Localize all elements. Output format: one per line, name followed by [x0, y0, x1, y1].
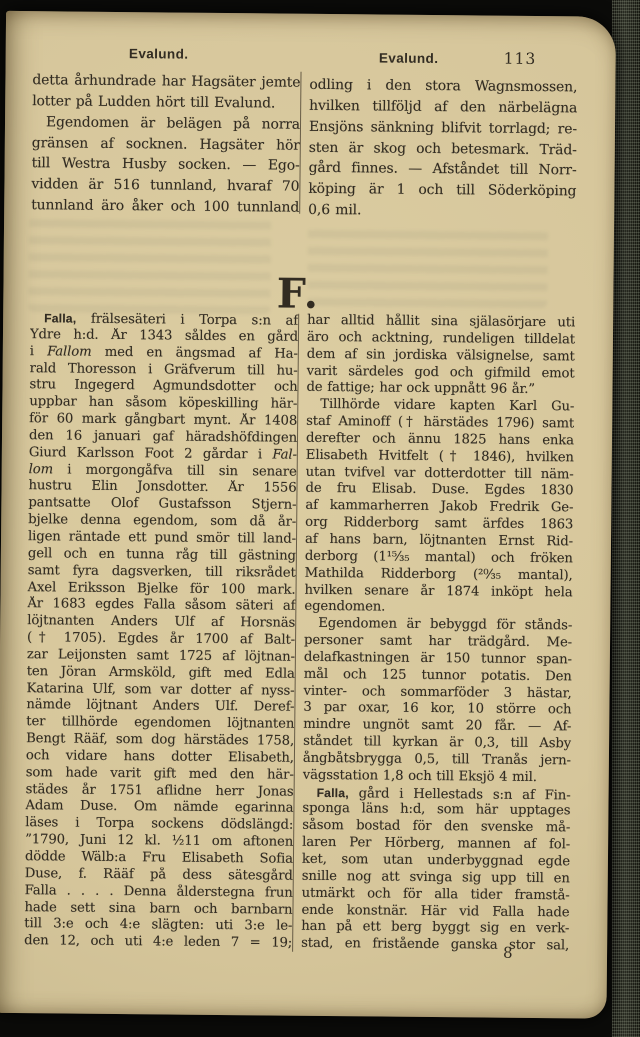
text-column-top-right: odling i den stora Wagnsmossen,hvilken t…: [308, 75, 577, 223]
text-line: Falla . . . . Denna ålderstegna frun: [25, 883, 293, 902]
text-line: tunnland äro åker och 100 tunnland: [31, 195, 299, 218]
text-line: Duse, f. Rääf på dess sätesgård: [25, 866, 293, 885]
scanned-book-photo: { "header": { "left_heading": "Evalund."…: [0, 0, 640, 1037]
book-page: Evalund. Evalund. 113 detta århundrade h…: [0, 11, 616, 1019]
text-line: utmärkt och för alla tider framstå-: [302, 885, 570, 904]
text-line: vidden är 516 tunnland, hvaraf 70: [31, 174, 299, 197]
text-line: snille nog att svinga sig upp till en: [302, 869, 570, 888]
text-line: delafkastningen är 150 tunnor span-: [304, 650, 572, 669]
page-bleedthrough: [28, 216, 271, 314]
page-number: 113: [504, 50, 537, 68]
section-letter-heading: F.: [238, 271, 358, 316]
text-line: stad, en fristående ganska stor sal,: [301, 936, 569, 955]
text-line: 0,6 mil.: [308, 200, 576, 223]
text-line: mål och 125 tunnor potatis. Den: [304, 667, 572, 686]
text-line: köping är 1 och till Söderköping: [308, 179, 576, 202]
text-line: i Fallom med en ängsmad af Ha-: [30, 344, 298, 363]
text-line: som hade varit gift med den här-: [26, 765, 294, 784]
book-edge-texture: [612, 0, 640, 1037]
text-line: samt fyra dagsverken, till riksrådet: [28, 563, 296, 582]
text-line: odling i den stora Wagnsmossen,: [309, 75, 577, 98]
running-head-left: Evalund.: [114, 46, 204, 62]
text-line: Elisabeth Hvitfelt († 1846), hvilken: [306, 448, 574, 467]
text-line: lotter på Ludden hört till Evalund.: [32, 91, 300, 114]
text-line: dem af sin jordiska välsignelse, samt: [307, 346, 575, 365]
text-line: gell och en tunna råg till gästning: [28, 546, 296, 565]
text-line: ten Jöran Armsköld, gift med Edla: [27, 664, 295, 683]
text-line: hvilken tillföljd af den närbelägna: [309, 96, 577, 119]
text-line: derborg (1¹⁵⁄₃₅ mantal) och fröken: [305, 549, 573, 568]
text-line: Ensjöns sänkning blifvit torrlagd; re-: [309, 117, 577, 140]
running-head-right: Evalund.: [364, 50, 454, 66]
text-line: äro och acktning, rundeligen tilldelat: [307, 330, 575, 349]
text-line: till Westra Husby socken. — Ego-: [32, 154, 300, 177]
text-column-top-left: detta århundrade har Hagsäter jemtelotte…: [31, 70, 300, 218]
text-line: Mathilda Ridderborg (²⁰⁄₃₅ mantal),: [305, 565, 573, 584]
text-line: gård finnes. — Afståndet till Norr-: [308, 158, 576, 181]
text-line: detta århundrade har Hagsäter jemte: [32, 70, 300, 93]
text-line: vägsstation 1,8 och till Eksjö 4 mil.: [303, 768, 571, 787]
signature-mark: 8: [503, 944, 513, 962]
text-line: Giurd Karlsson Foot 2 gårdar i Fal-: [29, 445, 297, 464]
text-column-main-right: har alltid hållit sina själasörjare utiä…: [301, 313, 575, 956]
text-column-main-left: Falla, frälsesäteri i Torpa s:n afYdre h…: [24, 310, 298, 953]
text-line: den 12, och uti 4:e leden 7 = 19;: [24, 933, 292, 952]
text-line: Egendomen är belägen på norra: [32, 112, 300, 135]
text-line: zar Leijonsten samt 1725 af löjtnan-: [27, 647, 295, 666]
text-line: gränsen af socknen. Hagsäter hör: [32, 133, 300, 156]
text-line: sten är skog och betesmark. Träd-: [309, 137, 577, 160]
